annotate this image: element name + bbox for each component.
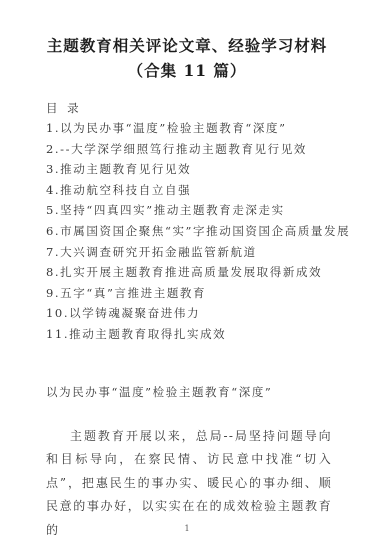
toc-list: 1.以为民办事“温度”检验主题教育“深度” 2.--大学深学细照笃行推动主题教育… [46,118,332,345]
toc-item: 2.--大学深学细照笃行推动主题教育见行见效 [46,139,332,160]
toc-item: 4.推动航空科技自立自强 [46,180,332,201]
toc-item: 9.五字“真”言推进主题教育 [46,283,332,304]
section-heading: 以为民办事“温度”检验主题教育“深度” [46,382,332,402]
toc-item: 11.推动主题教育取得扎实成效 [46,324,332,345]
document-title: 主题教育相关评论文章、经验学习材料 （合集 11 篇） [0,0,374,83]
document-title-line2: （合集 11 篇） [0,58,374,83]
toc-heading: 目 录 [46,98,332,118]
document-title-line1: 主题教育相关评论文章、经验学习材料 [0,33,374,58]
document-page: 主题教育相关评论文章、经验学习材料 （合集 11 篇） 目 录 1.以为民办事“… [0,0,374,550]
toc-item: 1.以为民办事“温度”检验主题教育“深度” [46,118,332,139]
toc-item: 7.大兴调查研究开拓金融监管新航道 [46,242,332,263]
toc-item: 6.市属国资国企聚焦“实”字推动国资国企高质量发展 [46,221,332,242]
toc-item: 3.推动主题教育见行见效 [46,159,332,180]
toc-item: 8.扎实开展主题教育推进高质量发展取得新成效 [46,262,332,283]
toc-item: 10.以学铸魂凝聚奋进伟力 [46,303,332,324]
toc-item: 5.坚持“四真四实”推动主题教育走深走实 [46,200,332,221]
page-number: 1 [0,524,374,533]
document-content: 目 录 1.以为民办事“温度”检验主题教育“深度” 2.--大学深学细照笃行推动… [46,98,332,542]
